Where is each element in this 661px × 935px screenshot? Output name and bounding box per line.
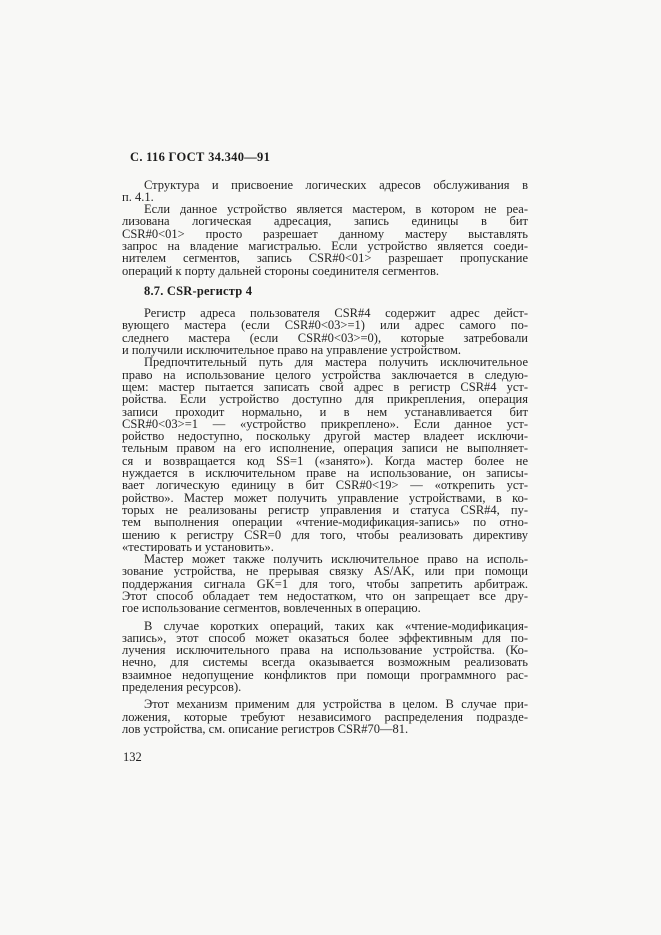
- text-line: тем выполнения операции «чтение-модифика…: [122, 516, 528, 528]
- paragraph: Структура и присвоение логических адресо…: [122, 179, 528, 204]
- text-line: вает логическую единицу в бит CSR#0<19> …: [122, 479, 528, 491]
- text-line: записи проходит нормально, и в нем устан…: [122, 406, 528, 418]
- paragraph: Регистр адреса пользователя CSR#4 содерж…: [122, 307, 528, 356]
- document-page: С. 116 ГОСТ 34.340—91 Структура и присво…: [0, 0, 661, 935]
- section-heading: 8.7. CSR-регистр 4: [122, 285, 528, 297]
- text-line: пределения ресурсов).: [122, 681, 528, 693]
- document-text-block: Структура и присвоение логических адресо…: [122, 179, 528, 736]
- text-line: операций к порту дальней стороны соедини…: [122, 265, 528, 277]
- running-header: С. 116 ГОСТ 34.340—91: [130, 151, 528, 164]
- text-line: Предпочтительный путь для мастера получи…: [122, 356, 528, 368]
- text-line: лизована логическая адресация, запись ед…: [122, 215, 528, 227]
- paragraph: Предпочтительный путь для мастера получи…: [122, 356, 528, 553]
- paragraph: В случае коротких операций, таких как «ч…: [122, 620, 528, 694]
- text-line: ройства. Если устройство доступно для пр…: [122, 393, 528, 405]
- text-line: Этот механизм применим для устройства в …: [122, 698, 528, 710]
- text-line: шению к регистру CSR=0 для того, чтобы р…: [122, 529, 528, 541]
- text-line: зование устройства, не прерывая связку A…: [122, 565, 528, 577]
- text-line: вующего мастера (если CSR#0<03>=1) или а…: [122, 319, 528, 331]
- paragraph: Мастер может также получить исключительн…: [122, 553, 528, 614]
- text-column: С. 116 ГОСТ 34.340—91 Структура и присво…: [122, 151, 528, 764]
- section-heading-block: 8.7. CSR-регистр 4: [122, 285, 528, 297]
- page-number: 132: [123, 751, 528, 764]
- text-line: тельным правом на его исполнение, операц…: [122, 442, 528, 454]
- text-line: гое использование сегментов, вовлеченных…: [122, 602, 528, 614]
- paragraph: Если данное устройство является мастером…: [122, 203, 528, 277]
- text-line: нечно, для системы всегда оказывается во…: [122, 656, 528, 668]
- text-line: Структура и присвоение логических адресо…: [122, 179, 528, 191]
- text-line: лов устройства, см. описание регистров C…: [122, 723, 528, 735]
- paragraph: Этот механизм применим для устройства в …: [122, 698, 528, 735]
- text-line: нителем сегментов, запись CSR#0<01> разр…: [122, 252, 528, 264]
